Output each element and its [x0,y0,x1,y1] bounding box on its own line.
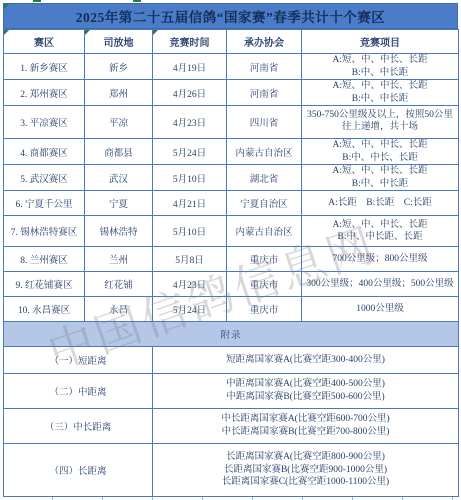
date-cell: 5月10日 [153,216,227,247]
project-line: A:短、中、中长、长距 [303,139,457,151]
date-cell: 4月23日 [153,272,227,297]
col-header-zone: 赛区 [4,30,85,54]
col-header-project: 竞赛项目 [302,30,459,54]
table-row: 2. 郑州赛区 郑州 4月26日 河南省 A:短、中、中长、长距B:中、中长距 [4,80,459,106]
org-cell: 宁夏自治区 [227,191,302,216]
comment-marker-icon [4,4,9,9]
org-cell: 湖北省 [227,165,302,191]
table-row: 3. 平凉赛区 平凉 4月23日 四川省 350-750公里级及以上，按照50公… [4,106,459,139]
date-cell: 4月19日 [153,54,227,80]
site-cell: 商都县 [85,139,153,165]
org-cell: 内蒙古自治区 [227,139,302,165]
detail-line: 中距离国家赛A(比赛空距400-500公里) [154,378,457,391]
table-row: 9. 红花铺赛区 红花铺 4月23日 重庆市 300公里级；400公里级；500… [4,272,459,297]
zone-cell: 3. 平凉赛区 [4,106,85,139]
detail-line: 中长距离国家赛A(比赛空距600-700公里) [154,413,457,426]
project-line: 300公里级；400公里级；500公里级 [303,278,457,290]
col-header-label: 竞赛项目 [360,38,400,49]
distance-category: （一）短距离 [4,347,153,374]
appendix-table: （一）短距离 短距离国家赛A(比赛空距300-400公里) （二）中距离 中距离… [3,346,459,497]
project-cell: A:短、中、中长、长距B:中、中长距 [302,165,459,191]
race-zones-table: 赛区 司放地 竞赛时间 承办协会 竞赛项目 1. 新乡赛区 新乡 4月19日 河… [3,29,459,347]
table-row: 8. 兰州赛区 兰州 5月8日 重庆市 700公里级；800公里级 [4,247,459,272]
col-header-date: 竞赛时间 [153,30,227,54]
schedule-sheet: 2025年第二十五届信鸽“国家赛”春季共计十个赛区 赛区 司放地 竞赛时间 承办… [3,3,458,497]
date-cell: 4月26日 [153,80,227,106]
project-cell: 1000公里级 [302,297,459,322]
detail-line: 长距离国家赛C(比赛空距1000-1100公里) [154,476,457,489]
date-cell: 5月24日 [153,297,227,322]
col-header-label: 承办协会 [244,38,284,49]
zone-cell: 6. 宁夏千公里 [4,191,85,216]
comment-marker-icon [153,30,158,35]
project-line: 700公里级；800公里级 [303,253,457,265]
distance-category: （三）中长距离 [4,409,153,444]
distance-details: 短距离国家赛A(比赛空距300-400公里) [153,347,459,374]
comment-marker-icon [4,30,9,35]
project-line: A:短、中、中长、长距 [303,80,457,92]
zone-cell: 1. 新乡赛区 [4,54,85,80]
site-cell: 宁夏 [85,191,153,216]
page-title: 2025年第二十五届信鸽“国家赛”春季共计十个赛区 [3,3,458,29]
zone-cell: 5. 武汉赛区 [4,165,85,191]
detail-line: 短距离国家赛A(比赛空距300-400公里) [154,354,457,367]
table-row: 5. 武汉赛区 武汉 5月10日 湖北省 A:短、中、中长、长距B:中、中长距 [4,165,459,191]
table-row: 4. 商都赛区 商都县 5月24日 内蒙古自治区 A:短、中、中长、长距B:中、… [4,139,459,165]
project-line: 350-750公里级及以上，按照50公里往上递增，共十场 [303,110,457,134]
zone-cell: 8. 兰州赛区 [4,247,85,272]
sheet-edge-artifact [33,0,41,2]
table-row: 6. 宁夏千公里 宁夏 4月21日 宁夏自治区 A:长距 B:长距 C:长距 [4,191,459,216]
distance-details: 长距离国家赛A(比赛空距800-900公里)长距离国家赛B(比赛空距900-10… [153,444,459,497]
zone-cell: 10. 永昌赛区 [4,297,85,322]
project-line: B:中、中长距 [303,67,457,79]
site-cell: 武汉 [85,165,153,191]
project-cell: 700公里级；800公里级 [302,247,459,272]
org-cell: 重庆市 [227,297,302,322]
site-cell: 红花铺 [85,272,153,297]
org-cell: 内蒙古自治区 [227,216,302,247]
project-cell: 350-750公里级及以上，按照50公里往上递增，共十场 [302,106,459,139]
appendix-row: （二）中距离 中距离国家赛A(比赛空距400-500公里)中距离国家赛B(比赛空… [4,374,459,409]
detail-line: 中长距离国家赛B(比赛空距700-800公里) [154,426,457,439]
project-cell: 300公里级；400公里级；500公里级 [302,272,459,297]
project-cell: A:短、中、中长、长距B:中、中长距、长距 [302,216,459,247]
appendix-row: （三）中长距离 中长距离国家赛A(比赛空距600-700公里)中长距离国家赛B(… [4,409,459,444]
page-title-text: 2025年第二十五届信鸽“国家赛”春季共计十个赛区 [76,6,386,26]
col-header-label: 竞赛时间 [170,38,210,49]
project-line: A:短、中、中长、长距 [303,165,457,177]
detail-line: 中距离国家赛B(比赛空距500-600公里) [154,391,457,404]
appendix-row: （一）短距离 短距离国家赛A(比赛空距300-400公里) [4,347,459,374]
project-cell: A:短、中、中长、长距B:中、中长距 [302,80,459,106]
appendix-row: （四）长距离 长距离国家赛A(比赛空距800-900公里)长距离国家赛B(比赛空… [4,444,459,497]
zone-cell: 7. 锡林浩特赛区 [4,216,85,247]
project-cell: A:短、中、中长、长距B:中、中长距 [302,54,459,80]
date-cell: 4月23日 [153,106,227,139]
detail-line: 长距离国家赛B(比赛空距900-1000公里) [154,464,457,477]
appendix-title: 附录 [4,322,459,347]
table-row: 10. 永昌赛区 永昌 5月24日 重庆市 1000公里级 [4,297,459,322]
table-header-row: 赛区 司放地 竞赛时间 承办协会 竞赛项目 [4,30,459,54]
date-cell: 4月21日 [153,191,227,216]
date-cell: 5月8日 [153,247,227,272]
col-header-site: 司放地 [85,30,153,54]
col-header-org: 承办协会 [227,30,302,54]
distance-category: （四）长距离 [4,444,153,497]
org-cell: 重庆市 [227,247,302,272]
comment-marker-icon [85,30,90,35]
site-cell: 平凉 [85,106,153,139]
project-line: B:中、中长、长距 [303,152,457,164]
zone-cell: 4. 商都赛区 [4,139,85,165]
project-line: A:短、中、中长、长距 [303,54,457,66]
site-cell: 郑州 [85,80,153,106]
project-line: B:中、中长距 [303,178,457,190]
site-cell: 兰州 [85,247,153,272]
distance-details: 中距离国家赛A(比赛空距400-500公里)中距离国家赛B(比赛空距500-60… [153,374,459,409]
org-cell: 重庆市 [227,272,302,297]
org-cell: 四川省 [227,106,302,139]
distance-category: （二）中距离 [4,374,153,409]
zone-cell: 2. 郑州赛区 [4,80,85,106]
date-cell: 5月24日 [153,139,227,165]
project-line: A:短、中、中长、长距 [303,219,457,231]
project-cell: A:长距 B:长距 C:长距 [302,191,459,216]
site-cell: 新乡 [85,54,153,80]
project-line: B:中、中长距 [303,93,457,105]
site-cell: 锡林浩特 [85,216,153,247]
appendix-header-row: 附录 [4,322,459,347]
col-header-label: 司放地 [104,38,134,49]
sheet-edge-artifact [133,0,141,2]
col-header-label: 赛区 [34,38,54,49]
org-cell: 河南省 [227,54,302,80]
project-cell: A:短、中、中长、长距B:中、中长、长距 [302,139,459,165]
zone-cell: 9. 红花铺赛区 [4,272,85,297]
project-line: B:中、中长距、长距 [303,231,457,243]
date-cell: 5月10日 [153,165,227,191]
project-line: 1000公里级 [303,303,457,315]
site-cell: 永昌 [85,297,153,322]
distance-details: 中长距离国家赛A(比赛空距600-700公里)中长距离国家赛B(比赛空距700-… [153,409,459,444]
org-cell: 河南省 [227,80,302,106]
table-row: 7. 锡林浩特赛区 锡林浩特 5月10日 内蒙古自治区 A:短、中、中长、长距B… [4,216,459,247]
project-line: A:长距 B:长距 C:长距 [303,197,457,209]
table-row: 1. 新乡赛区 新乡 4月19日 河南省 A:短、中、中长、长距B:中、中长距 [4,54,459,80]
detail-line: 长距离国家赛A(比赛空距800-900公里) [154,451,457,464]
